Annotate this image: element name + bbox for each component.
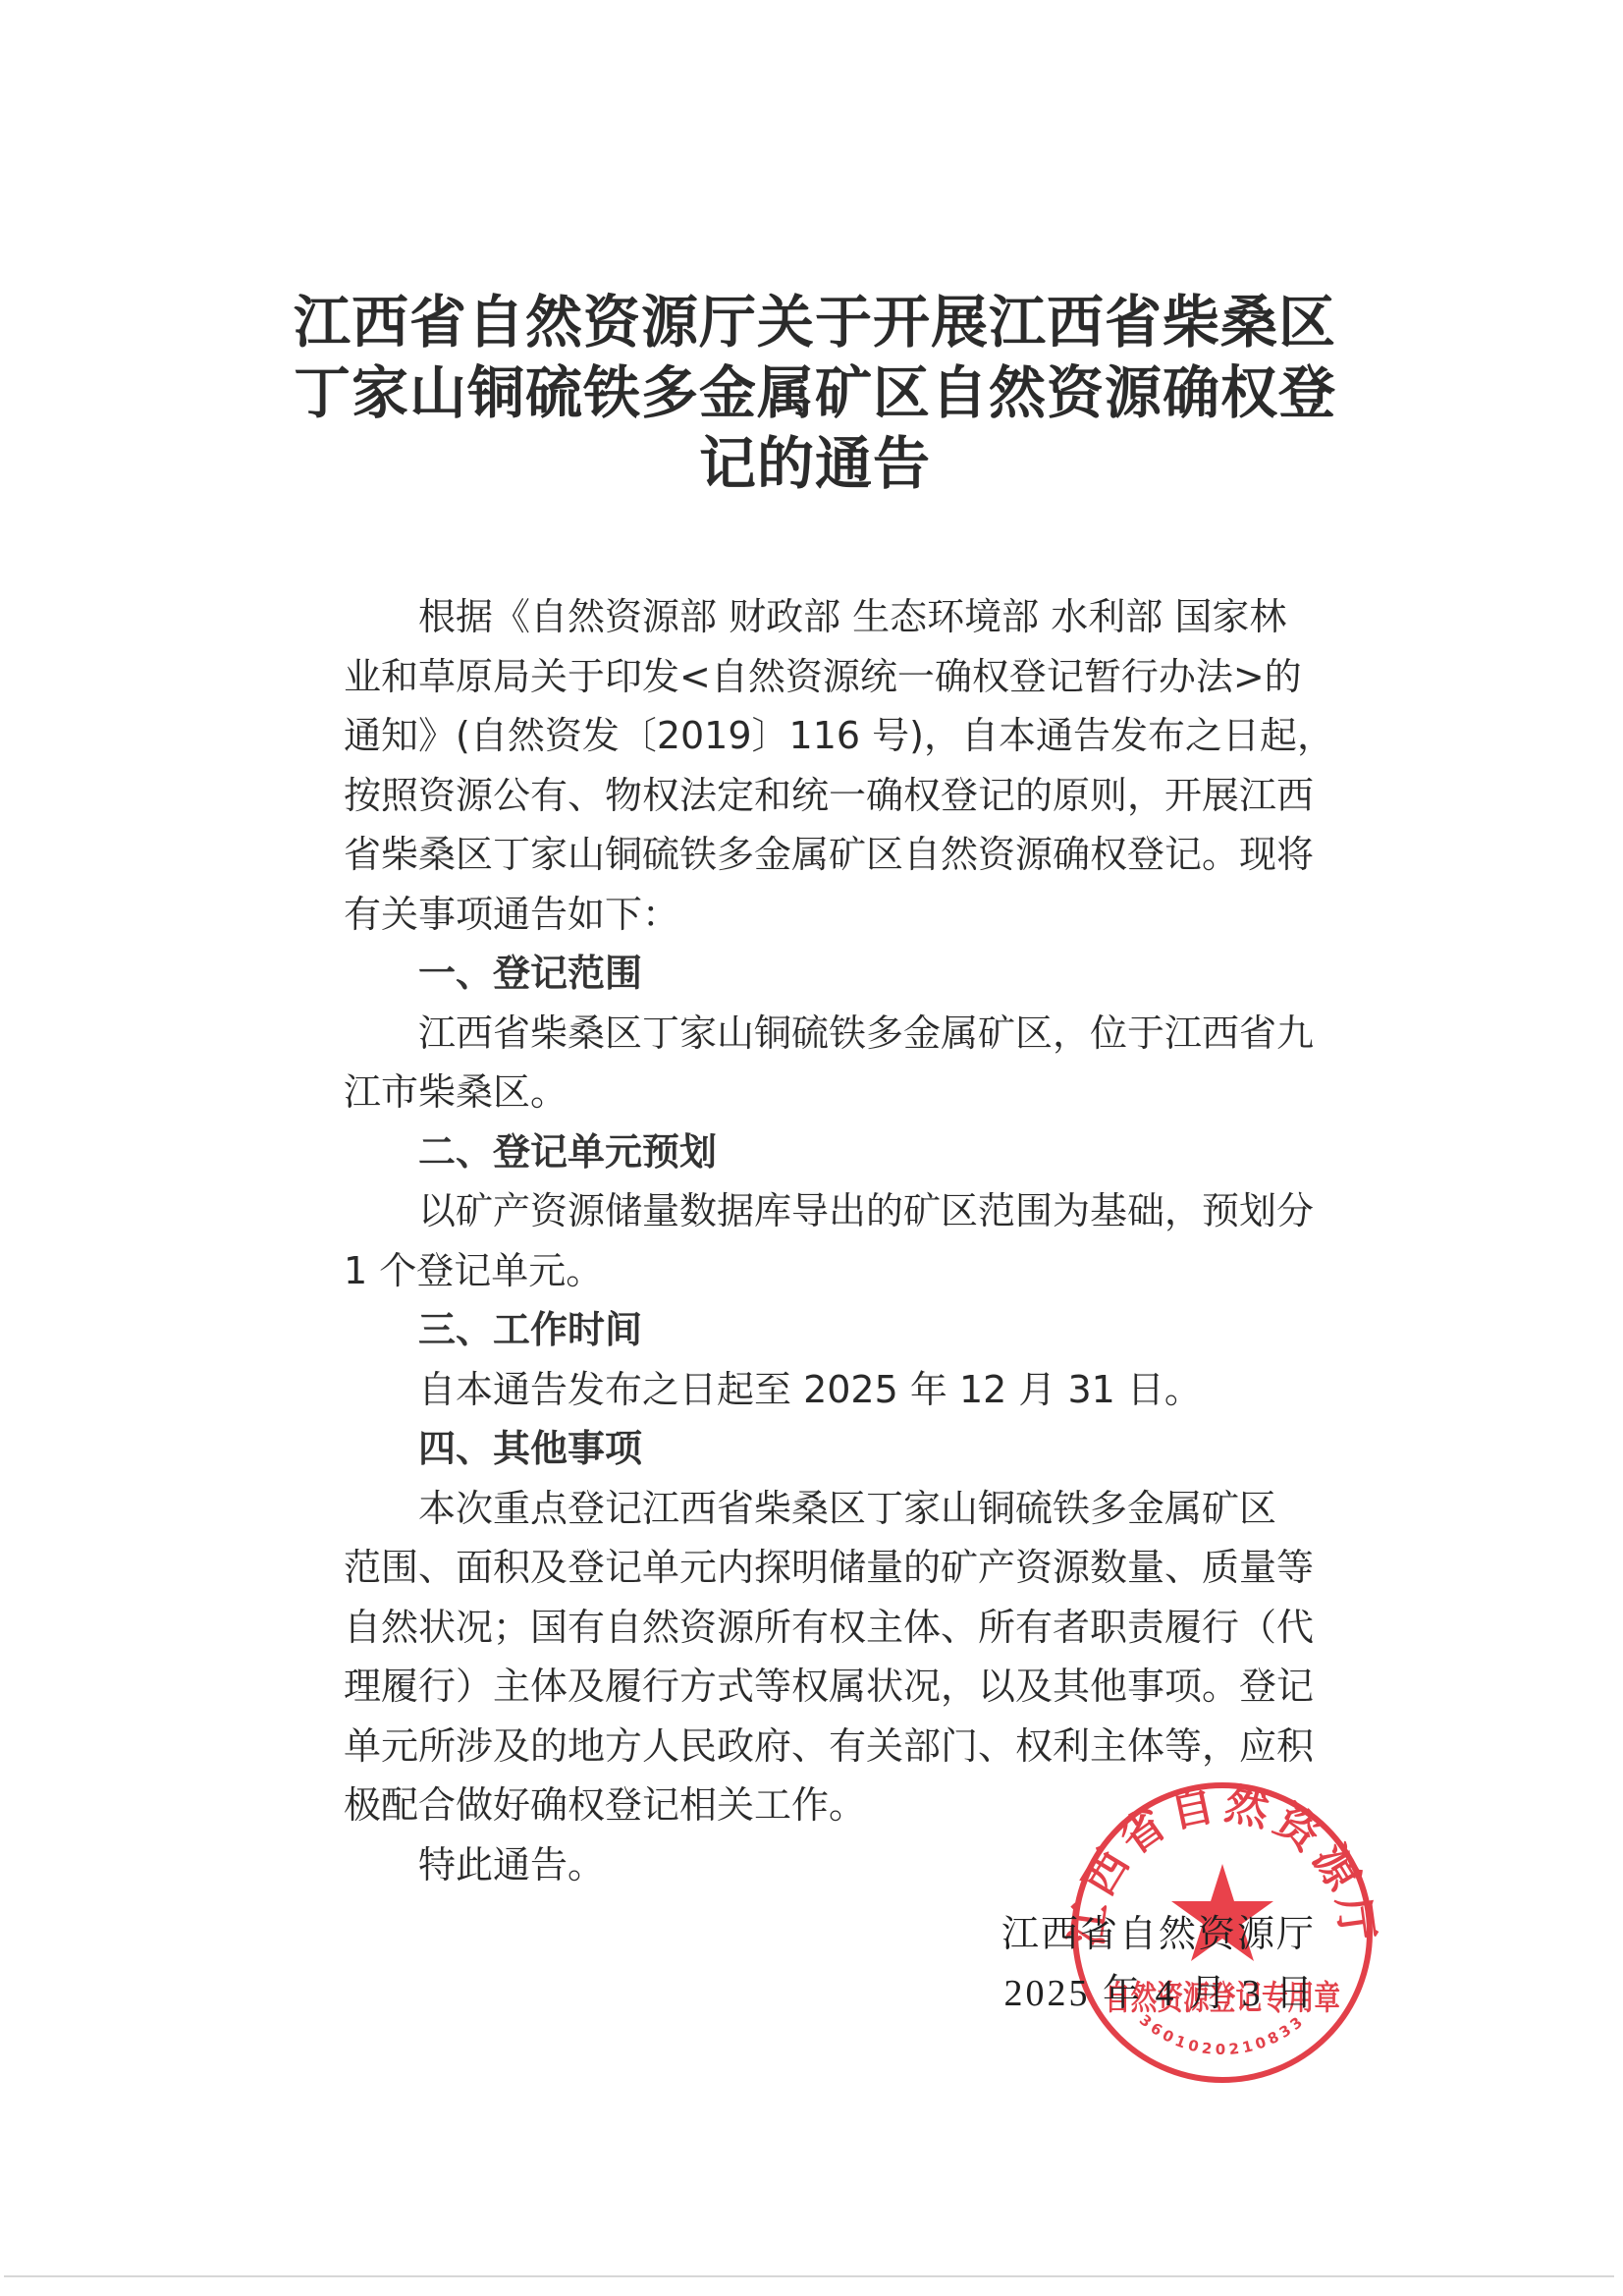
body-line: 通知》(自然资发〔2019〕116 号)，自本通告发布之日起， (344, 706, 1355, 766)
body-line: 有关事项通告如下： (344, 885, 1355, 945)
section-heading-scope: 一、登记范围 (344, 944, 1355, 1004)
body-line: 根据《自然资源部 财政部 生态环境部 水利部 国家林 (344, 587, 1355, 647)
signature-date: 2025 年 4 月 3 日 (982, 1964, 1316, 2023)
body-line: 理履行）主体及履行方式等权属状况，以及其他事项。登记 (344, 1657, 1355, 1717)
signature-organization: 江西省自然资源厅 (982, 1905, 1316, 1964)
body-line: 范围、面积及登记单元内探明储量的矿产资源数量、质量等 (344, 1538, 1355, 1598)
body-line: 业和草原局关于印发<自然资源统一确权登记暂行办法>的 (344, 647, 1355, 707)
signature-block: 江西省自然资源厅 2025 年 4 月 3 日 (982, 1905, 1316, 2023)
body-line: 以矿产资源储量数据库导出的矿区范围为基础，预划分 (344, 1181, 1355, 1241)
title-line-1: 江西省自然资源厅关于开展江西省柴桑区 (275, 287, 1355, 357)
document-page: 江西省自然资源厅关于开展江西省柴桑区 丁家山铜硫铁多金属矿区自然资源确权登 记的… (0, 0, 1623, 2296)
body-line: 单元所涉及的地方人民政府、有关部门、权利主体等，应积 (344, 1717, 1355, 1777)
body-line: 1 个登记单元。 (344, 1241, 1355, 1301)
body-line: 本次重点登记江西省柴桑区丁家山铜硫铁多金属矿区 (344, 1479, 1355, 1539)
body-line: 省柴桑区丁家山铜硫铁多金属矿区自然资源确权登记。现将 (344, 825, 1355, 885)
document-body: 根据《自然资源部 财政部 生态环境部 水利部 国家林 业和草原局关于印发<自然资… (344, 587, 1355, 1894)
body-line: 自然状况；国有自然资源所有权主体、所有者职责履行（代 (344, 1598, 1355, 1658)
body-line: 自本通告发布之日起至 2025 年 12 月 31 日。 (344, 1360, 1355, 1420)
body-line: 江西省柴桑区丁家山铜硫铁多金属矿区，位于江西省九 (344, 1004, 1355, 1064)
page-bottom-edge (4, 2275, 1614, 2277)
body-line: 江市柴桑区。 (344, 1063, 1355, 1122)
section-heading-work-time: 三、工作时间 (344, 1300, 1355, 1360)
title-line-2: 丁家山铜硫铁多金属矿区自然资源确权登 (275, 357, 1355, 428)
section-heading-unit-division: 二、登记单元预划 (344, 1122, 1355, 1182)
body-line: 按照资源公有、物权法定和统一确权登记的原则，开展江西 (344, 766, 1355, 826)
document-title: 江西省自然资源厅关于开展江西省柴桑区 丁家山铜硫铁多金属矿区自然资源确权登 记的… (275, 287, 1355, 499)
title-line-3: 记的通告 (275, 428, 1355, 499)
section-heading-other-matters: 四、其他事项 (344, 1419, 1355, 1479)
